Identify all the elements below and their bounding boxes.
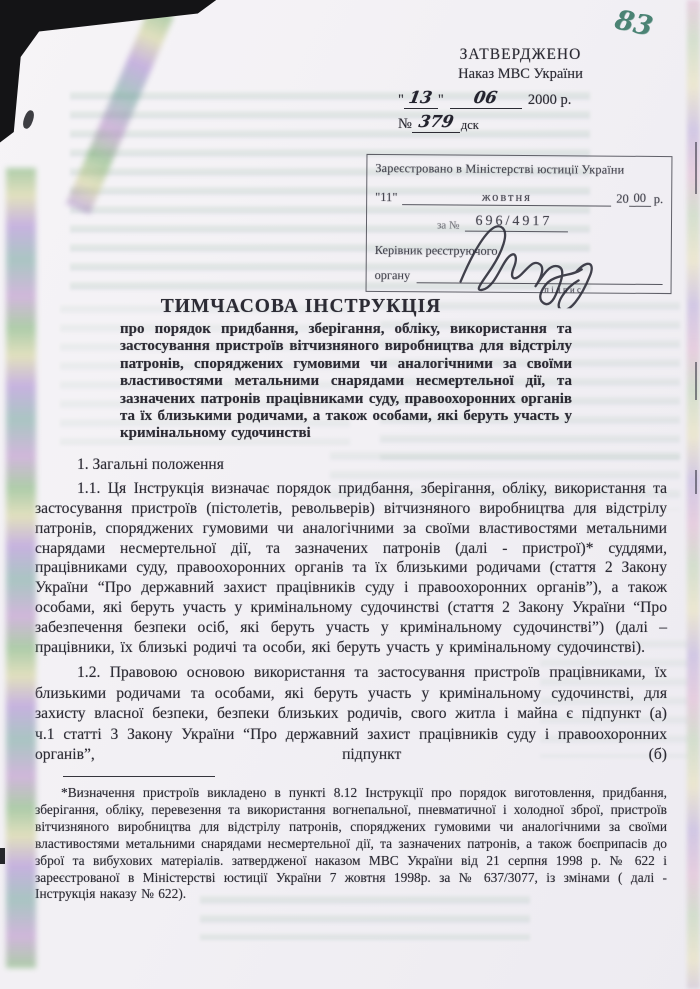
edge-dash-artifact bbox=[695, 362, 697, 400]
approval-number-line: № 379 дск bbox=[398, 112, 643, 133]
edge-dash-artifact bbox=[695, 142, 697, 194]
stamp-year-value: 00 bbox=[629, 191, 651, 207]
registration-stamp: Зареєстровано в Міністерстві юстиції Укр… bbox=[366, 154, 673, 294]
stamp-year-prefix: 20 bbox=[616, 192, 629, 207]
stamp-date-line: " 11 " жовтня 20 00 р. bbox=[375, 189, 663, 207]
number-sign: № bbox=[398, 116, 412, 133]
stamp-organ-word: органу bbox=[375, 268, 411, 283]
paragraph-1-2: 1.2. Правовою основою використання та за… bbox=[35, 663, 667, 766]
section-heading: 1. Загальні положення bbox=[77, 456, 667, 474]
quote-mark: " bbox=[392, 190, 397, 205]
approval-order-line: Наказ МВС України bbox=[398, 66, 643, 83]
ink-blot-artifact bbox=[21, 109, 35, 130]
stamp-year-suffix: р. bbox=[654, 192, 663, 207]
document-subtitle: про порядок придбання, зберігання, облік… bbox=[120, 321, 572, 443]
edge-dash-artifact bbox=[695, 470, 697, 494]
scan-rainbow-band-left bbox=[6, 168, 36, 968]
paragraph-1-1: 1.1. Ця Інструкція визначає порядок прид… bbox=[35, 479, 667, 658]
approval-date-line: " 13 " 06 2000 р. bbox=[398, 88, 643, 109]
approval-number-suffix: дск bbox=[461, 118, 479, 133]
handwritten-signature bbox=[454, 218, 635, 309]
scan-rainbow-band-right bbox=[687, 0, 700, 989]
approved-label: ЗАТВЕРДЖЕНО bbox=[398, 46, 643, 64]
document-body: ТИМЧАСОВА ІНСТРУКЦІЯ про порядок придбан… bbox=[35, 296, 667, 903]
approval-year: 2000 р. bbox=[528, 92, 572, 109]
footnote-text: *Визначення пристроїв викладено в пункті… bbox=[35, 785, 667, 903]
handwritten-order-number: 379 bbox=[417, 112, 455, 131]
handwritten-day: 13 bbox=[408, 88, 434, 107]
stamp-day: 11 bbox=[380, 190, 392, 205]
handwritten-page-number: 83 bbox=[612, 4, 655, 42]
quote-mark: " bbox=[438, 92, 444, 109]
stamp-month: жовтня bbox=[402, 189, 611, 206]
scanned-document-page: 83 ЗАТВЕРДЖЕНО Наказ МВС України " 13 " … bbox=[0, 0, 700, 989]
approval-block: ЗАТВЕРДЖЕНО Наказ МВС України " 13 " 06 … bbox=[398, 46, 643, 133]
edge-mark-artifact bbox=[0, 848, 5, 864]
stamp-registered-line: Зареєстровано в Міністерстві юстиції Укр… bbox=[375, 161, 663, 178]
handwritten-month: 06 bbox=[473, 88, 499, 107]
footnote-separator bbox=[63, 776, 215, 777]
